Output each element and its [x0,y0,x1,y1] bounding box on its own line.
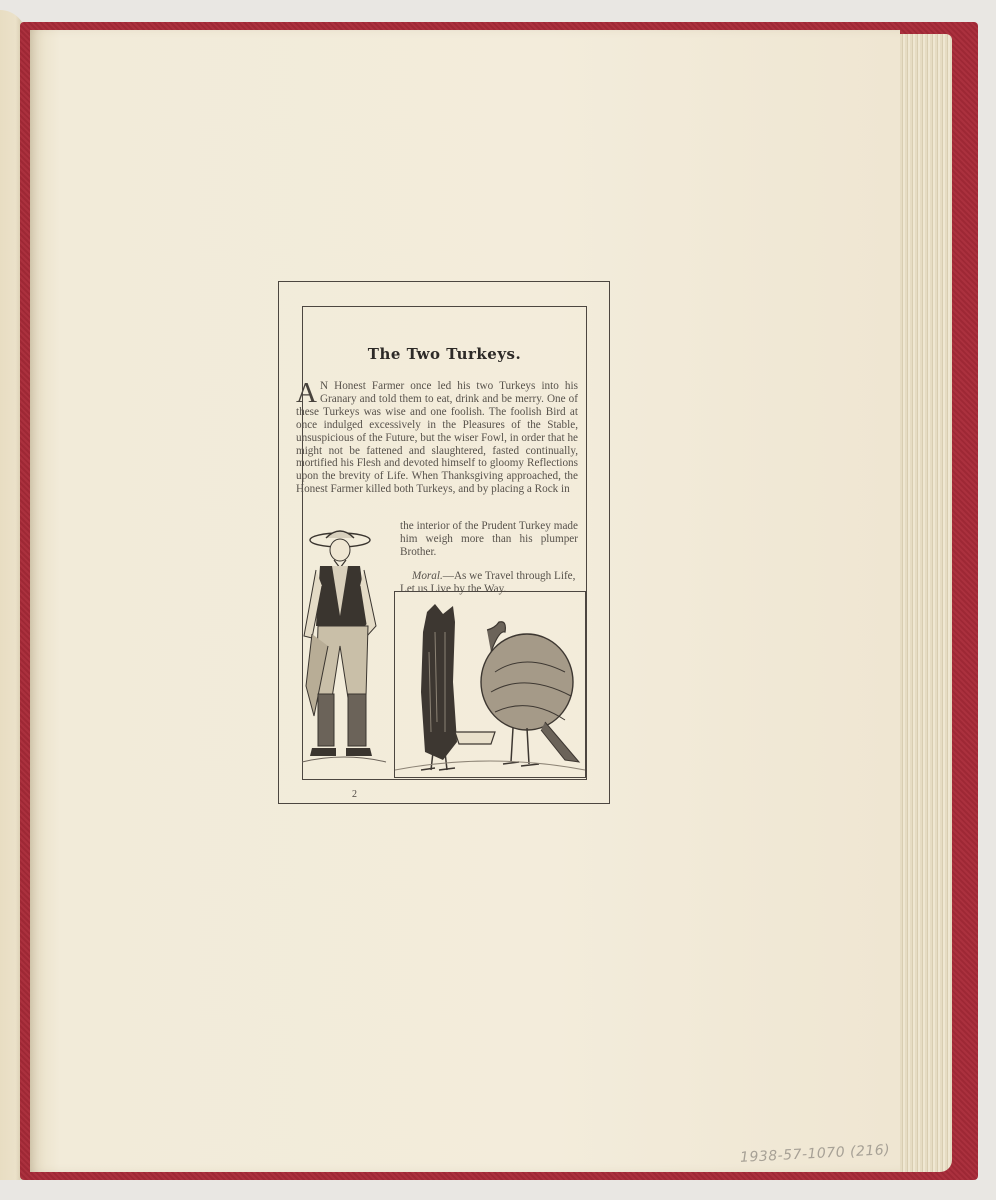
moral-label: Moral. [412,570,443,582]
page-number: 2 [352,789,357,800]
fable-text: AN Honest Farmer once led his two Turkey… [296,380,578,496]
turkeys-illustration-frame [394,591,586,778]
fable-title: The Two Turkeys. [302,345,587,363]
farmer-illustration [298,526,390,766]
fable-paragraph-continued: the interior of the Prudent Turkey made … [400,520,578,559]
turkeys-illustration [395,592,585,777]
drop-cap: A [296,382,317,404]
fable-paragraph: N Honest Farmer once led his two Turkeys… [296,380,578,495]
